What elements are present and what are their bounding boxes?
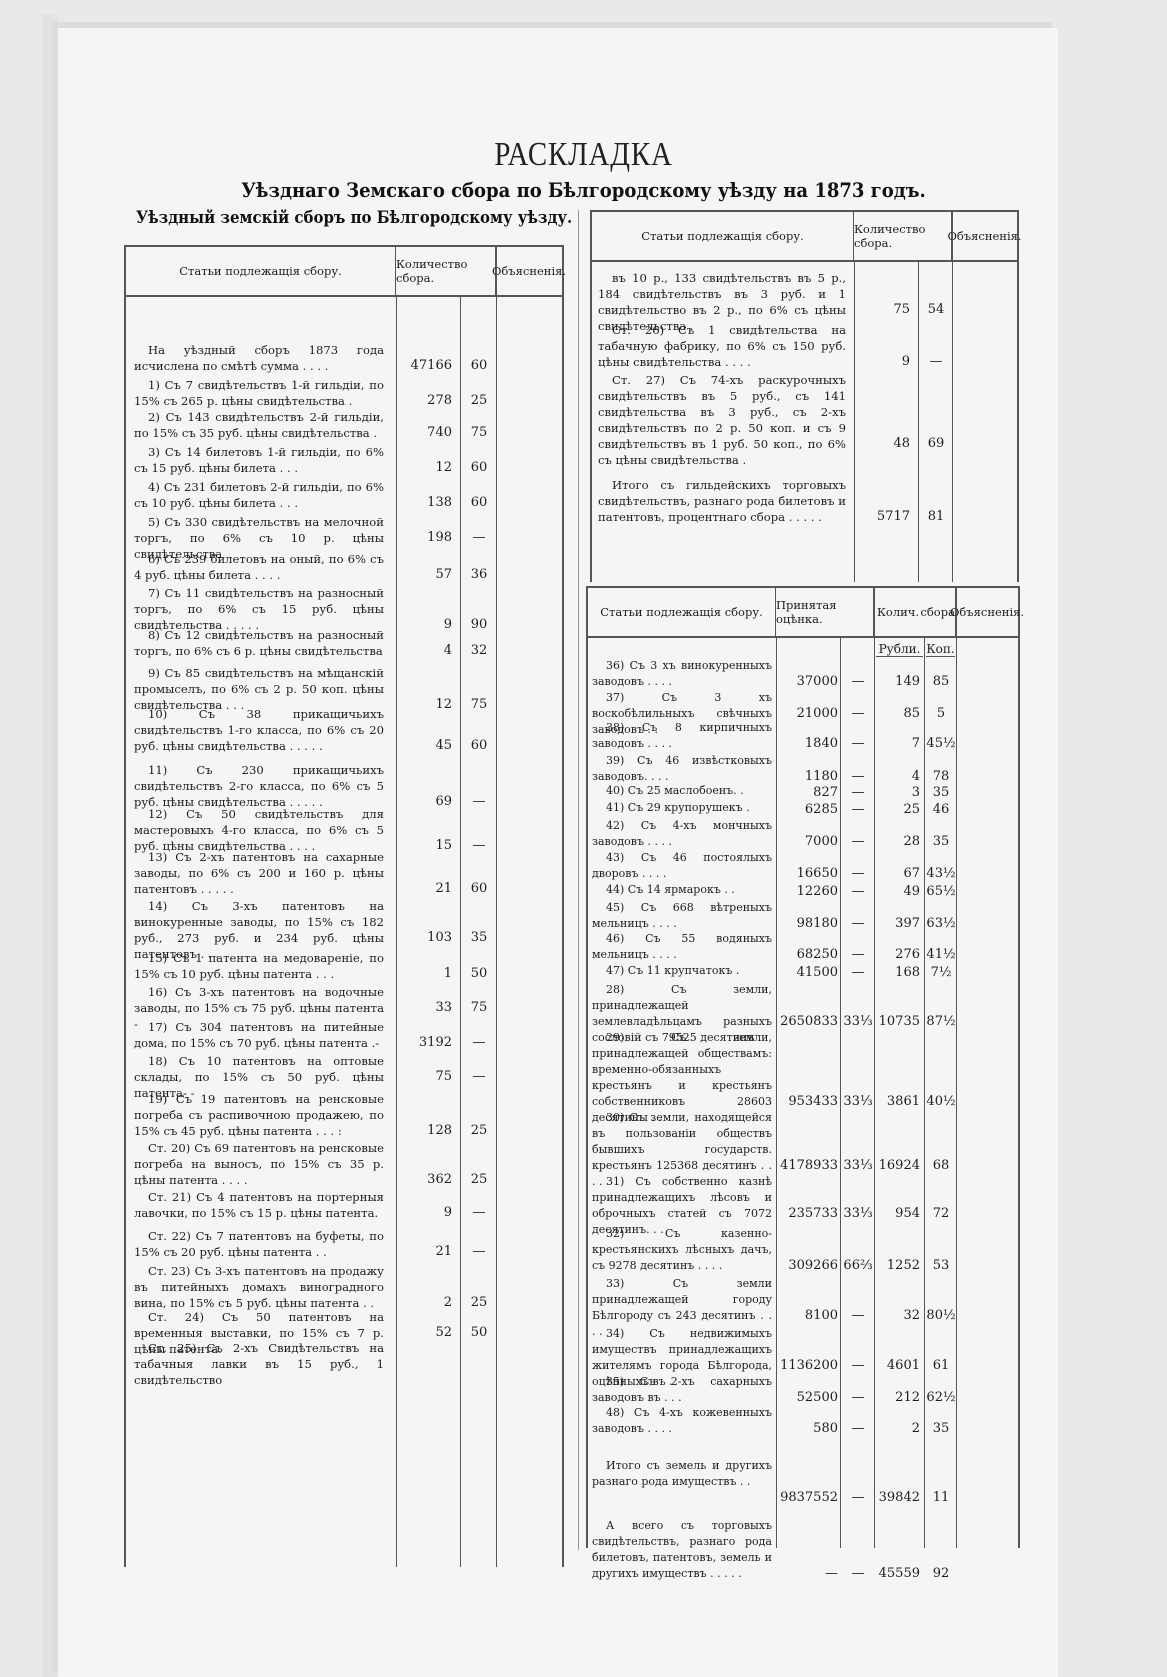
row-percent: — — [842, 965, 874, 981]
left-levy-table: Статьи подлежащія сбору. Количество сбор… — [124, 245, 564, 1567]
table-row: 13) Съ 2-хъ патентовъ на сахарные заводы… — [126, 849, 562, 897]
row-item-text: Ст. 22) Съ 7 патентовъ на буфеты, по 15%… — [134, 1228, 384, 1260]
row-item-text: 11) Съ 230 прикащичьихъ свидѣтельствъ 2-… — [134, 762, 384, 810]
row-valuation: 16650 — [778, 866, 838, 882]
row-valuation: 8100 — [778, 1308, 838, 1324]
row-item-text: 38) Съ 8 кирпичныхъ заводовъ . . . . — [592, 720, 772, 752]
row-kopecks: — — [462, 530, 496, 546]
table-row: 10) Съ 38 прикащичьихъ свидѣтельствъ 1-г… — [126, 706, 562, 754]
table-row: 11) Съ 230 прикащичьихъ свидѣтельствъ 2-… — [126, 762, 562, 810]
row-item-text: Ст. 27) Съ 74-хъ раскурочныхъ свидѣтельс… — [598, 372, 846, 468]
row-kopecks: 35 — [926, 1421, 956, 1437]
table-row: 36) Съ 3 хъ винокуренныхъ заводовъ . . .… — [588, 658, 1018, 690]
row-percent: — — [842, 1308, 874, 1324]
row-item-text: 46) Съ 55 водяныхъ мельницъ . . . . — [592, 931, 772, 963]
row-kopecks: 11 — [926, 1490, 956, 1506]
row-kopecks: 41½ — [926, 947, 956, 963]
row-item-text: А всего съ торговыхъ свидѣтельствъ, разн… — [592, 1518, 772, 1582]
row-kopecks: 60 — [462, 358, 496, 374]
row-percent: 33⅓ — [842, 1094, 874, 1110]
row-kopecks: 65½ — [926, 884, 956, 900]
row-percent: — — [842, 916, 874, 932]
row-item-text: 6) Съ 239 билетовъ на оный, по 6% съ 4 р… — [134, 551, 384, 583]
row-valuation: 68250 — [778, 947, 838, 963]
row-rubles: 138 — [398, 495, 452, 511]
row-item-text: Итого съ земель и другихъ разнаго рода и… — [592, 1458, 772, 1490]
row-valuation: 1136200 — [778, 1358, 838, 1374]
right-table-header: Статьи подлежащія сбору. Количество сбор… — [592, 212, 1017, 262]
row-rubles: 168 — [876, 965, 920, 981]
row-item-text: 2) Съ 143 свидѣтельствъ 2-й гильдіи, по … — [134, 409, 384, 441]
row-percent: — — [842, 785, 874, 801]
table-row: 30) Съ земли, находящейся въ пользованіи… — [588, 1110, 1018, 1174]
table-row: 48) Съ 4-хъ кожевенныхъ заводовъ . . . .… — [588, 1405, 1018, 1437]
row-item-text: 41) Съ 29 крупорушекъ . — [592, 800, 772, 816]
row-rubles: 47166 — [398, 358, 452, 374]
row-rubles: 278 — [398, 393, 452, 409]
row-item-text: 15) Съ 1 патента на медовареніе, по 15% … — [134, 950, 384, 982]
subheader-rubles: Рубли. — [876, 642, 923, 657]
row-rubles: 16924 — [876, 1158, 920, 1174]
row-item-text: Ст. 26) Съ 1 свидѣтельства на табачную ф… — [598, 322, 846, 370]
row-kopecks: 50 — [462, 1325, 496, 1341]
row-rubles: 49 — [876, 884, 920, 900]
row-rubles: 45 — [398, 738, 452, 754]
row-kopecks: 25 — [462, 1172, 496, 1188]
right-levy-table: Статьи подлежащія сбору. Количество сбор… — [590, 210, 1019, 582]
row-percent: — — [842, 1490, 874, 1506]
row-item-text: 42) Съ 4-хъ мончныхъ заводовъ . . . . — [592, 818, 772, 850]
row-kopecks: 80½ — [926, 1308, 956, 1324]
row-kopecks: 63½ — [926, 916, 956, 932]
row-kopecks: — — [462, 1069, 496, 1085]
table-row: Ст. 22) Съ 7 патентовъ на буфеты, по 15%… — [126, 1228, 562, 1260]
row-rubles: 28 — [876, 834, 920, 850]
row-item-text: 40) Съ 25 маслобоенъ. . — [592, 783, 772, 799]
table-row: Ст. 21) Съ 4 патентовъ на портерныя лаво… — [126, 1189, 562, 1221]
table-row: 28) Съ земли, принадлежащей землевладѣль… — [588, 982, 1018, 1030]
row-rubles: 12 — [398, 460, 452, 476]
table-row: 3) Съ 14 билетовъ 1-й гильдіи, по 6% съ … — [126, 444, 562, 476]
row-percent: 66⅔ — [842, 1258, 874, 1274]
table-row: 32) Съ казенно-крестьянскихъ лѣсныхъ дач… — [588, 1226, 1018, 1274]
row-item-text: 8) Съ 12 свидѣтельствъ на разносный торг… — [134, 627, 384, 659]
row-rubles: 3 — [876, 785, 920, 801]
row-item-text: 36) Съ 3 хъ винокуренныхъ заводовъ . . .… — [592, 658, 772, 690]
row-kopecks: 81 — [920, 509, 952, 525]
row-percent: — — [842, 1421, 874, 1437]
row-percent: — — [842, 947, 874, 963]
table-row: 12) Съ 50 свидѣтельствъ для мастеровыхъ … — [126, 806, 562, 854]
row-item-text: 48) Съ 4-хъ кожевенныхъ заводовъ . . . . — [592, 1405, 772, 1437]
row-kopecks: — — [462, 1205, 496, 1221]
table-row: 44) Съ 14 ярмарокъ . .12260—4965½ — [588, 882, 1018, 900]
row-rubles: 52 — [398, 1325, 452, 1341]
row-valuation: 37000 — [778, 674, 838, 690]
row-rubles: 33 — [398, 1000, 452, 1016]
header-amount-a: Колич. — [874, 588, 924, 636]
row-item-text: Ст. 20) Съ 69 патентовъ на ренсковые пог… — [134, 1140, 384, 1188]
row-valuation: 2650833 — [778, 1014, 838, 1030]
row-valuation: 6285 — [778, 802, 838, 818]
row-percent: — — [842, 866, 874, 882]
row-rubles: 39842 — [876, 1490, 920, 1506]
row-rubles: 1252 — [876, 1258, 920, 1274]
row-item-text: 3) Съ 14 билетовъ 1-й гильдіи, по 6% съ … — [134, 444, 384, 476]
header-valuation: Принятая оцѣнка. — [776, 588, 874, 636]
table-row: 4) Съ 231 билетовъ 2-й гильдіи, по 6% съ… — [126, 479, 562, 511]
row-percent: — — [842, 1390, 874, 1406]
row-kopecks: 35 — [462, 930, 496, 946]
table-row: 40) Съ 25 маслобоенъ. .827—335 — [588, 783, 1018, 801]
table-row: 33) Съ земли принадлежащей городу Бѣлгор… — [588, 1276, 1018, 1324]
row-kopecks: 60 — [462, 495, 496, 511]
table-row: 1) Съ 7 свидѣтельствъ 1-й гильдіи, по 15… — [126, 377, 562, 409]
row-rubles: 362 — [398, 1172, 452, 1188]
row-valuation: — — [778, 1566, 838, 1582]
row-rubles: 1 — [398, 966, 452, 982]
row-rubles: 57 — [398, 567, 452, 583]
table-row: Ст. 23) Съ 3-хъ патентовъ на продажу въ … — [126, 1263, 562, 1311]
row-kopecks: 25 — [462, 393, 496, 409]
row-kopecks: 75 — [462, 425, 496, 441]
header-explanations: Объясненія. — [956, 588, 1018, 636]
row-item-text: 45) Съ 668 вѣтреныхъ мельницъ . . . . — [592, 900, 772, 932]
table-row: 46) Съ 55 водяныхъ мельницъ . . . .68250… — [588, 931, 1018, 963]
row-rubles: 7 — [876, 736, 920, 752]
row-percent: — — [842, 736, 874, 752]
header-items: Статьи подлежащія сбору. — [126, 247, 396, 295]
table-row: 37) Съ 3 хъ воскобѣлильныхъ свѣчныхъ зав… — [588, 690, 1018, 722]
row-kopecks: 35 — [926, 834, 956, 850]
row-item-text: Ст. 21) Съ 4 патентовъ на портерныя лаво… — [134, 1189, 384, 1221]
row-kopecks: 62½ — [926, 1390, 956, 1406]
table-row: въ 10 р., 133 свидѣтельствъ въ 5 р., 184… — [592, 270, 1017, 318]
row-item-text: 43) Съ 46 постоялыхъ дворовъ . . . . — [592, 850, 772, 882]
row-kopecks: 40½ — [926, 1094, 956, 1110]
header-explanations: Объясненія. — [496, 247, 562, 295]
document-subtitle: Уѣзднаго Земскаго сбора по Бѣлгородскому… — [58, 178, 1108, 202]
row-percent: 33⅓ — [842, 1158, 874, 1174]
row-rubles: 25 — [876, 802, 920, 818]
row-kopecks: 60 — [462, 460, 496, 476]
table-row: Ст. 24) Съ 50 патентовъ на временныя выс… — [126, 1309, 562, 1341]
row-valuation: 827 — [778, 785, 838, 801]
table-row: 29) Съ земли, принадлежащей обществамъ: … — [588, 1030, 1018, 1110]
table-row: 15) Съ 1 патента на медовареніе, по 15% … — [126, 950, 562, 982]
table-row: 47) Съ 11 крупчатокъ .41500—1687½ — [588, 963, 1018, 981]
left-section-heading: Уѣздный земскій сборъ по Бѣлгородскому у… — [136, 208, 572, 228]
row-item-text: 47) Съ 11 крупчатокъ . — [592, 963, 772, 979]
row-percent: — — [842, 674, 874, 690]
subheader-kopecks: Коп. — [926, 642, 955, 657]
header-items: Статьи подлежащія сбору. — [588, 588, 776, 636]
row-kopecks: 43½ — [926, 866, 956, 882]
row-rubles: 3861 — [876, 1094, 920, 1110]
row-rubles: 21 — [398, 1244, 452, 1260]
row-rubles: 4601 — [876, 1358, 920, 1374]
row-valuation: 580 — [778, 1421, 838, 1437]
row-rubles: 32 — [876, 1308, 920, 1324]
row-item-text: 12) Съ 50 свидѣтельствъ для мастеровыхъ … — [134, 806, 384, 854]
row-percent: 33⅓ — [842, 1206, 874, 1222]
row-kopecks: 45½ — [926, 736, 956, 752]
row-kopecks: 36 — [462, 567, 496, 583]
table-row: А всего съ торговыхъ свидѣтельствъ, разн… — [588, 1518, 1018, 1582]
row-rubles: 48 — [856, 436, 910, 452]
row-valuation: 235733 — [778, 1206, 838, 1222]
row-rubles: 128 — [398, 1123, 452, 1139]
row-kopecks: 60 — [462, 738, 496, 754]
row-kopecks: 54 — [920, 302, 952, 318]
row-rubles: 10735 — [876, 1014, 920, 1030]
column-divider — [578, 210, 579, 1550]
row-percent: — — [842, 1566, 874, 1582]
row-kopecks: 7½ — [926, 965, 956, 981]
row-rubles: 2 — [876, 1421, 920, 1437]
row-valuation: 1840 — [778, 736, 838, 752]
table-row: 45) Съ 668 вѣтреныхъ мельницъ . . . .981… — [588, 900, 1018, 932]
table-row: 39) Съ 46 извѣстковыхъ заводовъ. . . .11… — [588, 753, 1018, 785]
row-valuation: 98180 — [778, 916, 838, 932]
valuation-table-header: Статьи подлежащія сбору. Принятая оцѣнка… — [588, 588, 1018, 638]
row-kopecks: 72 — [926, 1206, 956, 1222]
row-kopecks: — — [920, 354, 952, 370]
table-row: 6) Съ 239 билетовъ на оный, по 6% съ 4 р… — [126, 551, 562, 583]
row-valuation: 9837552 — [778, 1490, 838, 1506]
row-kopecks: 92 — [926, 1566, 956, 1582]
row-rubles: 21 — [398, 881, 452, 897]
row-item-text: 32) Съ казенно-крестьянскихъ лѣсныхъ дач… — [592, 1226, 772, 1274]
row-kopecks: 32 — [462, 643, 496, 659]
row-valuation: 41500 — [778, 965, 838, 981]
row-valuation: 7000 — [778, 834, 838, 850]
row-kopecks: — — [462, 1035, 496, 1051]
row-kopecks: 61 — [926, 1358, 956, 1374]
row-rubles: 45559 — [876, 1566, 920, 1582]
row-rubles: 740 — [398, 425, 452, 441]
table-row: 43) Съ 46 постоялыхъ дворовъ . . . .1665… — [588, 850, 1018, 882]
row-rubles: 67 — [876, 866, 920, 882]
row-valuation: 52500 — [778, 1390, 838, 1406]
row-valuation: 309266 — [778, 1258, 838, 1274]
row-kopecks: 35 — [926, 785, 956, 801]
table-row: 16) Съ 3-хъ патентовъ на водочные заводы… — [126, 984, 562, 1016]
row-percent: 33⅓ — [842, 1014, 874, 1030]
row-kopecks: 68 — [926, 1158, 956, 1174]
document-title: РАСКЛАДКА — [88, 136, 1080, 174]
row-rubles: 212 — [876, 1390, 920, 1406]
table-row: 5) Съ 330 свидѣтельствъ на мелочной торг… — [126, 514, 562, 546]
row-valuation: 4178933 — [778, 1158, 838, 1174]
table-row: 19) Съ 19 патентовъ на ренсковые погреба… — [126, 1091, 562, 1139]
row-rubles: 276 — [876, 947, 920, 963]
row-item-text: 10) Съ 38 прикащичьихъ свидѣтельствъ 1-г… — [134, 706, 384, 754]
table-row: Ст. 25) Съ 2-хъ Свидѣтельствъ на табачны… — [126, 1340, 562, 1372]
table-row: Итого съ гильдейскихъ торговыхъ свидѣтел… — [592, 477, 1017, 525]
table-row: 31) Съ собственно казнѣ принадлежащихъ л… — [588, 1174, 1018, 1222]
row-rubles: 4 — [398, 643, 452, 659]
row-item-text: Ст. 23) Съ 3-хъ патентовъ на продажу въ … — [134, 1263, 384, 1311]
table-row: 7) Съ 11 свидѣтельствъ на разносный торг… — [126, 585, 562, 633]
row-kopecks: 75 — [462, 1000, 496, 1016]
table-row: 2) Съ 143 свидѣтельствъ 2-й гильдіи, по … — [126, 409, 562, 441]
row-kopecks: 60 — [462, 881, 496, 897]
row-valuation: 953433 — [778, 1094, 838, 1110]
row-rubles: 397 — [876, 916, 920, 932]
row-kopecks: — — [462, 1244, 496, 1260]
row-item-text: 17) Съ 304 патентовъ на питейные дома, п… — [134, 1019, 384, 1051]
row-percent: — — [842, 802, 874, 818]
row-item-text: На уѣздный сборъ 1873 года исчислена по … — [134, 342, 384, 374]
row-rubles: 5717 — [856, 509, 910, 525]
row-rubles: 9 — [856, 354, 910, 370]
row-item-text: 13) Съ 2-хъ патентовъ на сахарные заводы… — [134, 849, 384, 897]
valuation-levy-table: Статьи подлежащія сбору. Принятая оцѣнка… — [586, 586, 1020, 1548]
table-row: 14) Съ 3-хъ патентовъ на винокуренные за… — [126, 898, 562, 946]
table-row: Ст. 20) Съ 69 патентовъ на ренсковые пог… — [126, 1140, 562, 1188]
table-row: Итого съ земель и другихъ разнаго рода и… — [588, 1458, 1018, 1506]
row-rubles: 75 — [856, 302, 910, 318]
table-row: 41) Съ 29 крупорушекъ .6285—2546 — [588, 800, 1018, 818]
row-rubles: 3192 — [398, 1035, 452, 1051]
row-rubles: 75 — [398, 1069, 452, 1085]
table-row: 34) Съ недвижимыхъ имуществъ принадлежащ… — [588, 1326, 1018, 1374]
table-row: На уѣздный сборъ 1873 года исчислена по … — [126, 342, 562, 374]
row-item-text: 44) Съ 14 ярмарокъ . . — [592, 882, 772, 898]
table-row: 42) Съ 4-хъ мончныхъ заводовъ . . . .700… — [588, 818, 1018, 850]
page-edge — [42, 14, 58, 1677]
row-item-text: 7) Съ 11 свидѣтельствъ на разносный торг… — [134, 585, 384, 633]
header-amount: Количество сбора. — [854, 212, 952, 260]
row-item-text: 35) Съ 2-хъ сахарныхъ заводовъ въ . . . — [592, 1374, 772, 1406]
row-rubles: 198 — [398, 530, 452, 546]
row-kopecks: 25 — [462, 1123, 496, 1139]
row-percent: — — [842, 834, 874, 850]
header-explanations: Объясненія. — [952, 212, 1017, 260]
table-row: 38) Съ 8 кирпичныхъ заводовъ . . . .1840… — [588, 720, 1018, 752]
row-item-text: 19) Съ 19 патентовъ на ренсковые погреба… — [134, 1091, 384, 1139]
table-row: Ст. 27) Съ 74-хъ раскурочныхъ свидѣтельс… — [592, 372, 1017, 452]
row-rubles: 103 — [398, 930, 452, 946]
row-kopecks: 46 — [926, 802, 956, 818]
header-items: Статьи подлежащія сбору. — [592, 212, 854, 260]
table-row: Ст. 26) Съ 1 свидѣтельства на табачную ф… — [592, 322, 1017, 370]
row-kopecks: 69 — [920, 436, 952, 452]
header-amount: Количество сбора. — [396, 247, 496, 295]
row-item-text: 1) Съ 7 свидѣтельствъ 1-й гильдіи, по 15… — [134, 377, 384, 409]
row-kopecks: 53 — [926, 1258, 956, 1274]
row-item-text: Итого съ гильдейскихъ торговыхъ свидѣтел… — [598, 477, 846, 525]
row-kopecks: 85 — [926, 674, 956, 690]
row-valuation: 12260 — [778, 884, 838, 900]
row-item-text: 4) Съ 231 билетовъ 2-й гильдіи, по 6% съ… — [134, 479, 384, 511]
row-item-text: Ст. 25) Съ 2-хъ Свидѣтельствъ на табачны… — [134, 1340, 384, 1388]
row-percent: — — [842, 884, 874, 900]
table-row: 17) Съ 304 патентовъ на питейные дома, п… — [126, 1019, 562, 1051]
row-rubles: 954 — [876, 1206, 920, 1222]
table-row: 8) Съ 12 свидѣтельствъ на разносный торг… — [126, 627, 562, 659]
row-percent: — — [842, 1358, 874, 1374]
row-rubles: 9 — [398, 1205, 452, 1221]
table-row: 18) Съ 10 патентовъ на оптовые склады, п… — [126, 1053, 562, 1085]
row-rubles: 149 — [876, 674, 920, 690]
row-kopecks: 87½ — [926, 1014, 956, 1030]
row-item-text: 39) Съ 46 извѣстковыхъ заводовъ. . . . — [592, 753, 772, 785]
table-row: 35) Съ 2-хъ сахарныхъ заводовъ въ . . .5… — [588, 1374, 1018, 1406]
row-kopecks: 50 — [462, 966, 496, 982]
